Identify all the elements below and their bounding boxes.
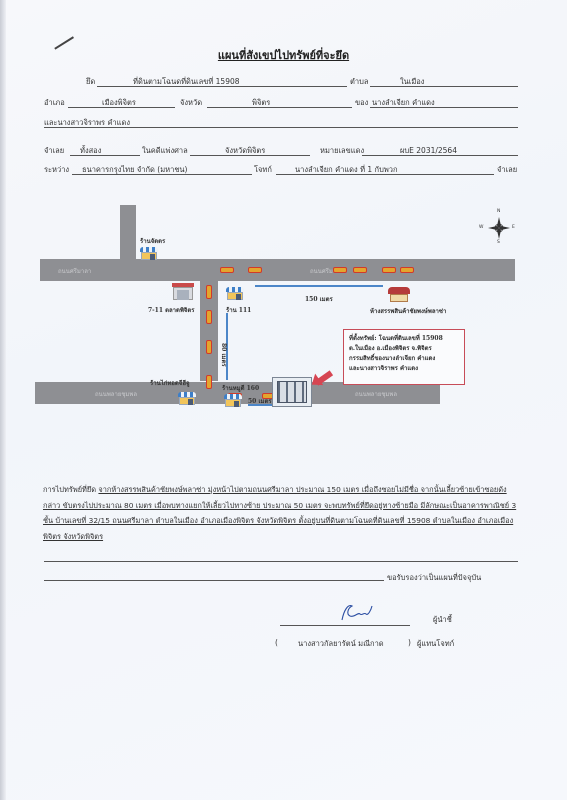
convenience-store-icon — [172, 283, 194, 301]
seize-label: ยึด — [86, 76, 95, 88]
province-label: จังหวัด — [180, 97, 202, 109]
direction-arrow — [206, 285, 212, 299]
label-distance-150: 150 เมตร — [305, 294, 333, 304]
directions-body: จากห้างสรรพสินค้าชัยพงษ์พลาซ่า มุ่งหน้าไ… — [43, 485, 516, 541]
shop-icon — [224, 394, 242, 407]
seize-value: ที่ดินตามโฉนดที่ดินเลขที่ 15908 — [133, 76, 240, 88]
defendant-name: นางลำเจียก คำแดง ที่ 1 กับพวก — [295, 164, 398, 176]
distance-line-50 — [248, 404, 273, 406]
property-info-box: ที่ตั้งทรัพย์: โฉนดที่ดินเลขที่ 15908 ต.… — [343, 329, 465, 385]
road-label-bottom-right: ถนนพลายชุมพล — [355, 389, 397, 399]
target-building-icon — [272, 377, 312, 407]
location-map: ถนนศรีมาลา ถนนศรีมาลา ถนนพลายชุมพล ถนนพล… — [0, 195, 567, 445]
plaintiff-label: โจทก์ — [254, 164, 272, 176]
road-label-top-left: ถนนศรีมาลา — [58, 266, 91, 276]
label-distance-80: 80 เมตร — [219, 343, 229, 367]
label-shop-160: ร้านหมูดี 160 — [222, 383, 259, 393]
label-shop-left: ร้านไก่ทอดจีฮีจู — [150, 378, 190, 388]
info-line: ต.ในเมือง อ.เมืองพิจิตร จ.พิจิตร — [349, 344, 459, 354]
open-paren: ( — [275, 638, 278, 647]
direction-arrow — [206, 375, 212, 389]
shop-icon — [226, 287, 244, 300]
direction-arrow — [400, 267, 414, 273]
representative-name: นางสาวกัลยารัตน์ มณีกาด — [298, 638, 384, 650]
document-page: แผนที่สังเขปไปทรัพย์ที่จะยึด ยึด ที่ดินต… — [0, 0, 567, 800]
tambon-label: ตำบล — [350, 76, 368, 88]
direction-arrow — [206, 310, 212, 324]
label-mall: ห้างสรรพสินค้าชัยพงษ์พลาซ่า — [370, 306, 446, 316]
mall-icon — [388, 287, 410, 302]
owner-label: ของ — [355, 97, 368, 109]
direction-arrow — [333, 267, 347, 273]
info-line: ที่ตั้งทรัพย์: โฉนดที่ดินเลขที่ 15908 — [349, 334, 459, 344]
defendant-label: จำเลย — [44, 145, 64, 157]
plaintiff-value: ธนาคารกรุงไทย จำกัด (มหาชน) — [82, 164, 187, 176]
info-line: และนางสาวจิราพร คำแดง — [349, 364, 459, 374]
label-shop-top: ร้านจัดดร — [140, 236, 165, 246]
red-case-label: หมายเลขแดง — [320, 145, 364, 157]
label-seven-eleven: 7-11 ตลาดพิจิตร — [148, 305, 195, 315]
amphoe-value: เมืองพิจิตร — [102, 97, 136, 109]
shop-icon — [178, 392, 196, 405]
direction-arrow — [248, 267, 262, 273]
directions-text: การไปทรัพย์ที่ยึด จากห้างสรรพสินค้าชัยพง… — [43, 482, 523, 544]
amphoe-label: อำเภอ — [44, 97, 65, 109]
close-paren: ) — [408, 638, 411, 647]
representative-role: ผู้แทนโจทก์ — [417, 638, 454, 650]
direction-arrow — [382, 267, 396, 273]
road-north-spur — [120, 205, 136, 260]
direction-arrow — [353, 267, 367, 273]
tambon-value: ในเมือง — [400, 76, 424, 88]
defendant-label-2: จำเลย — [497, 164, 517, 176]
between-label: ระหว่าง — [44, 164, 69, 176]
signature-icon — [338, 602, 374, 622]
defendant-value: ทั้งสอง — [80, 145, 101, 157]
province-value: พิจิตร — [252, 97, 270, 109]
info-line: กรรมสิทธิ์ของนางลำเจียก คำแดง — [349, 354, 459, 364]
distance-line-150 — [255, 285, 383, 287]
court-value: จังหวัดพิจิตร — [225, 145, 265, 157]
guide-label: ผู้นำชี้ — [433, 614, 452, 626]
red-case-value: ผบE 2031/2564 — [400, 145, 457, 157]
road-label-bottom-left: ถนนพลายชุมพล — [95, 389, 137, 399]
certify-text: ขอรับรองว่าเป็นแผนที่ปัจจุบัน — [387, 572, 481, 584]
compass-rose-icon: N S E W — [484, 213, 514, 243]
label-shop-111: ร้าน 111 — [226, 305, 251, 315]
case-label: ในคดีแพ่งศาล — [142, 145, 188, 157]
owner-value: นางลำเจียก คำแดง — [372, 97, 435, 109]
document-title: แผนที่สังเขปไปทรัพย์ที่จะยึด — [0, 46, 567, 64]
direction-arrow — [220, 267, 234, 273]
direction-arrow — [206, 340, 212, 354]
directions-label: การไปทรัพย์ที่ยึด — [43, 485, 96, 494]
road-top — [40, 259, 515, 281]
shop-icon — [140, 247, 158, 260]
